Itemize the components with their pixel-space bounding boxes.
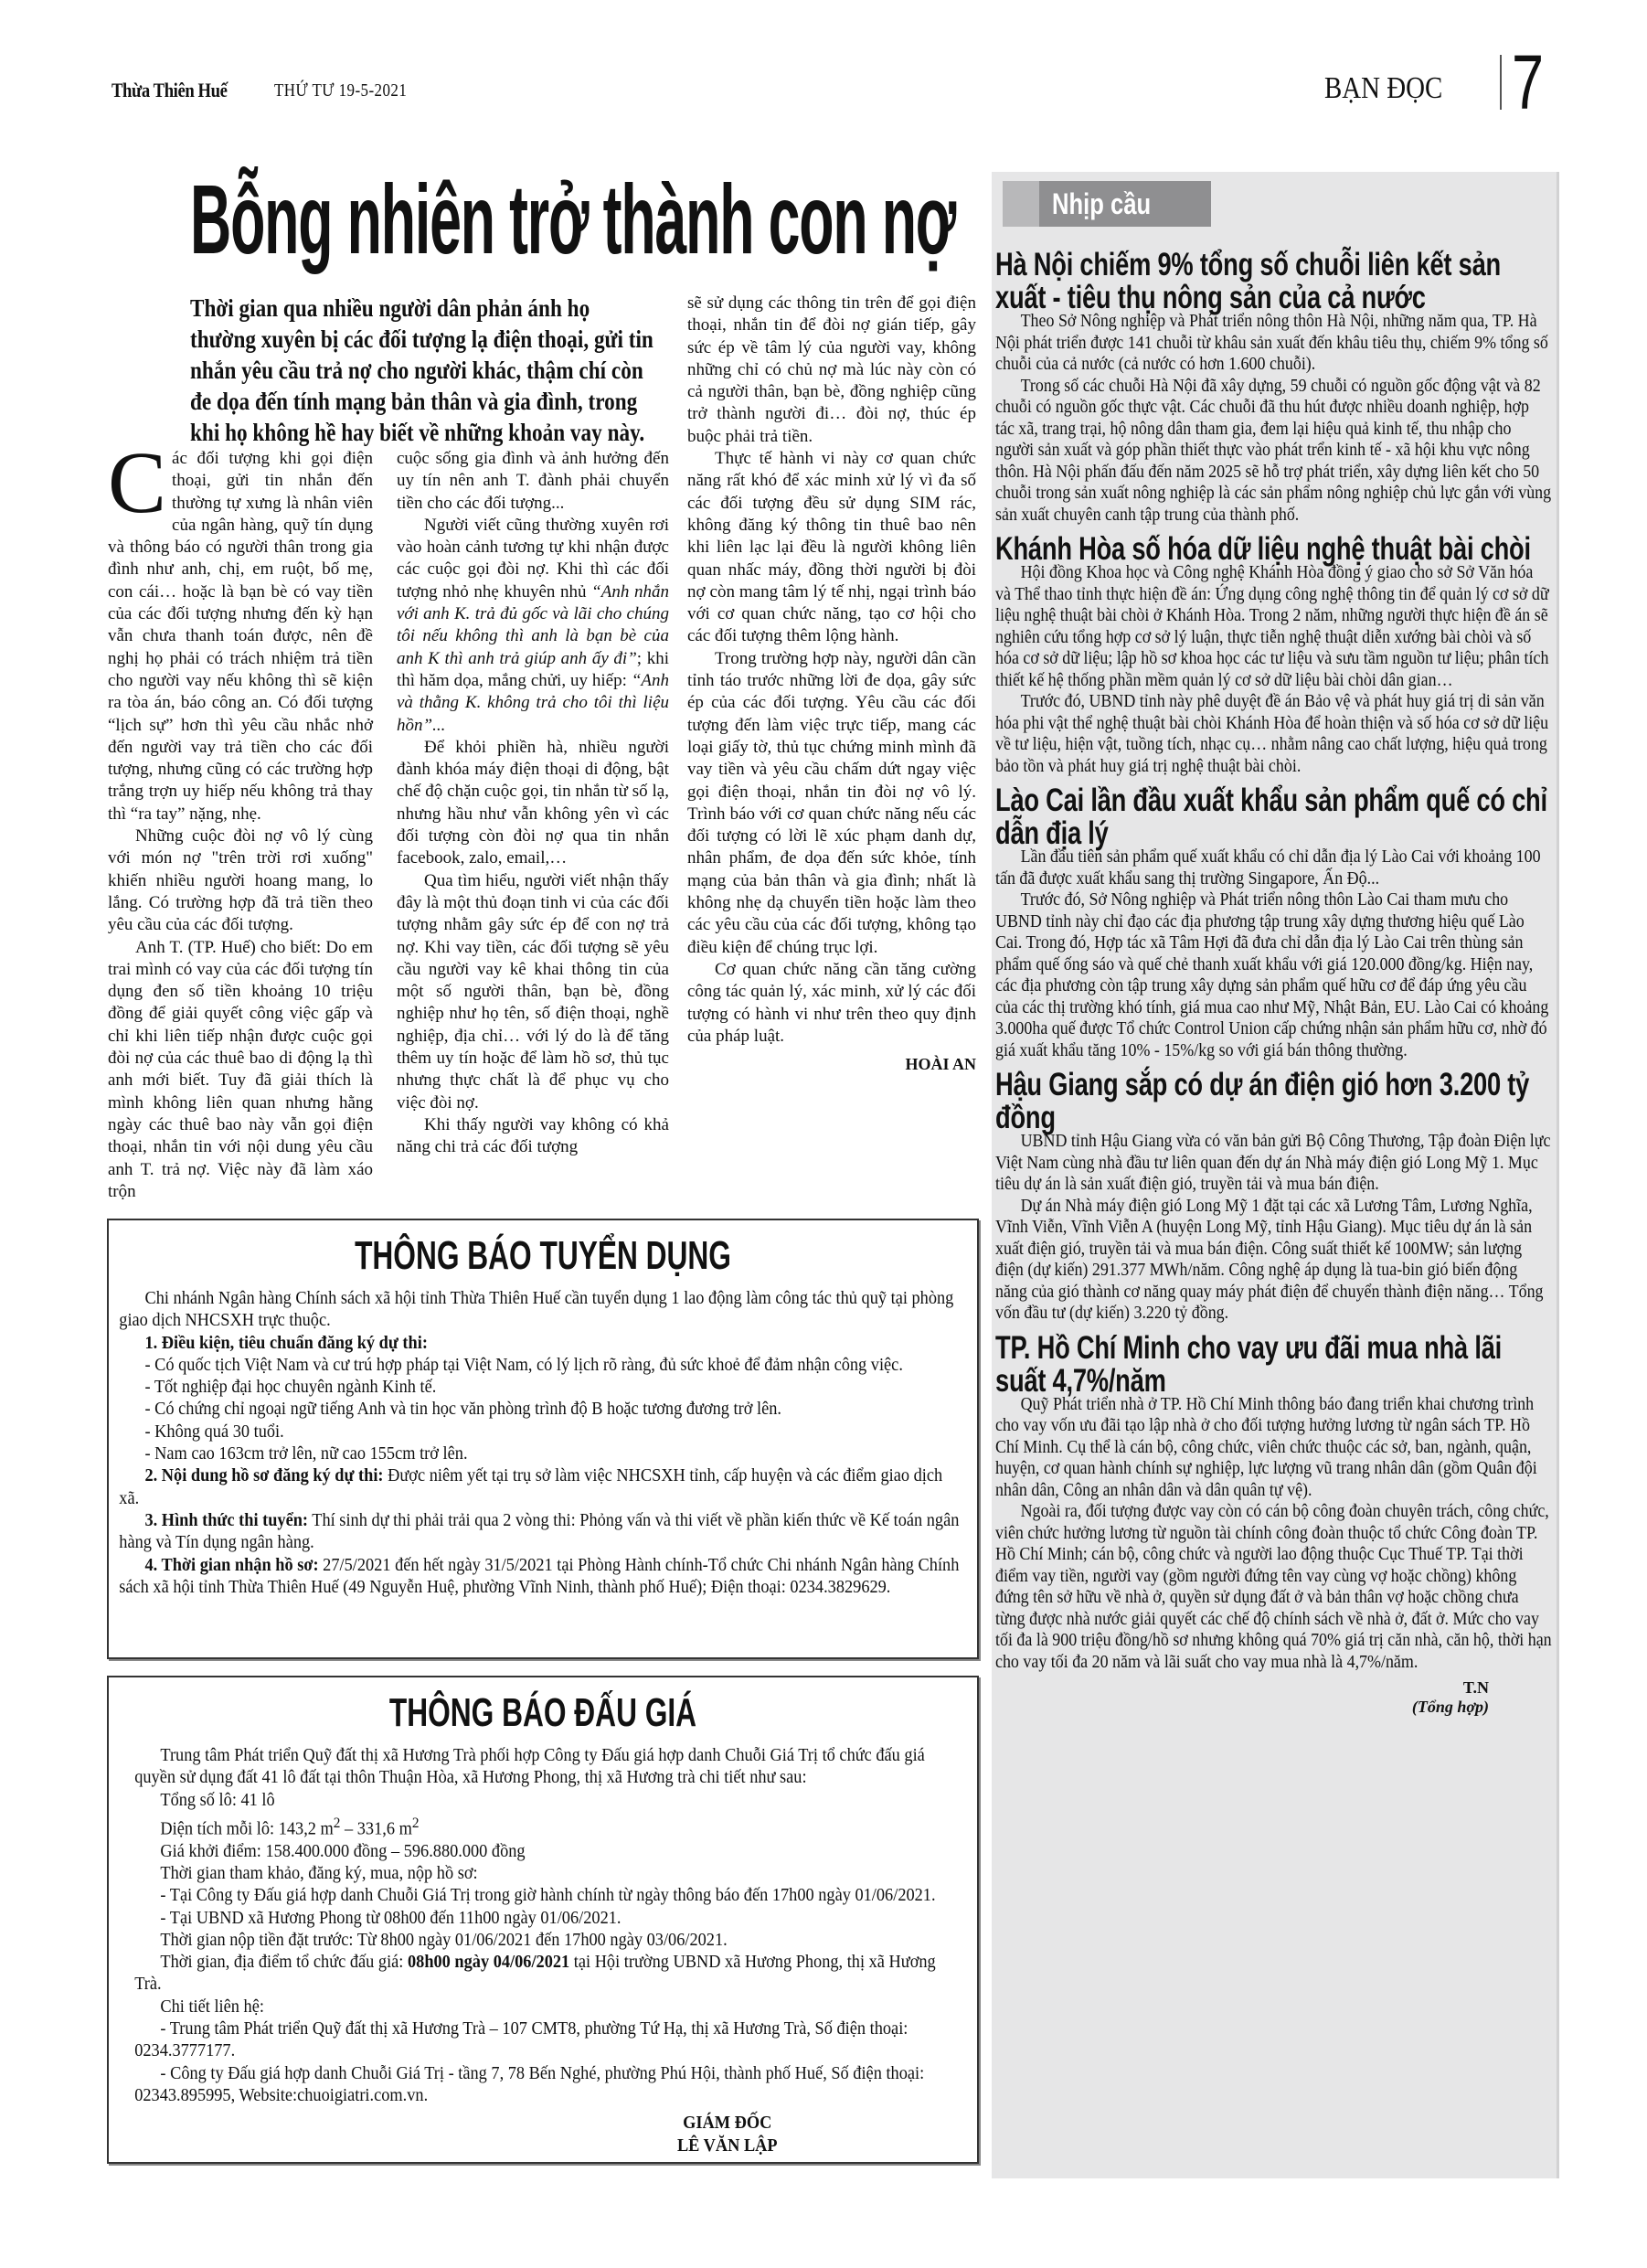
article-column-3: sẽ sử dụng các thông tin trên để gọi điệ… [687,293,976,1075]
notice-line: Thời gian nộp tiền đặt trước: Từ 8h00 ng… [134,1930,959,1952]
issue-date: THỨ TƯ 19-5-2021 [274,80,407,101]
section-name: BẠN ĐỌC [1324,71,1442,106]
article-column-1: Các đối tượng khi gọi điện thoại, gửi ti… [108,448,373,1203]
drop-cap: C [108,448,172,516]
article-paragraph: Lần đầu tiên sản phẩm quế xuất khẩu có c… [995,847,1552,889]
auction-notice: THÔNG BÁO ĐẤU GIÁ Trung tâm Phát triển Q… [107,1676,979,2164]
article-paragraph: Người viết cũng thường xuyên rơi vào hoà… [397,515,669,737]
notice-line: Diện tích mỗi lô: 143,2 m2 – 331,6 m2 [134,1812,959,1841]
sidebar-article-body: Lần đầu tiên sản phẩm quế xuất khẩu có c… [995,847,1552,1061]
sidebar-article: TP. Hồ Chí Minh cho vay ưu đãi mua nhà l… [995,1332,1553,1718]
notice-line: Thời gian, địa điểm tổ chức đấu giá: 08h… [134,1952,959,1996]
sidebar-signature-note: (Tổng hợp) [995,1698,1489,1717]
article-paragraph: Những cuộc đòi nợ vô lý cùng với món nợ … [108,825,373,936]
recruitment-notice: THÔNG BÁO TUYỂN DỤNG Chi nhánh Ngân hàng… [107,1219,979,1659]
notice-list-item: - Không quá 30 tuổi. [119,1421,961,1443]
sidebar-article-body: Quỹ Phát triển nhà ở TP. Hồ Chí Minh thô… [995,1394,1552,1674]
article-paragraph: Các đối tượng khi gọi điện thoại, gửi ti… [108,448,373,825]
notice-line: - Trung tâm Phát triển Quỹ đất thị xã Hư… [134,2018,959,2063]
notice-intro: Chi nhánh Ngân hàng Chính sách xã hội tỉ… [119,1288,961,1333]
article-paragraph: Ngoài ra, đối tượng được vay còn có cán … [995,1501,1552,1673]
article-paragraph: Trước đó, Sở Nông nghiệp và Phát triển n… [995,889,1552,1061]
sidebar-signature: T.N [995,1678,1489,1698]
article-paragraph: Anh T. (TP. Huế) cho biết: Do em trai mì… [108,937,373,1204]
notice-list-item: - Có quốc tịch Việt Nam và cư trú hợp ph… [119,1355,961,1377]
article-sapo: Thời gian qua nhiều người dân phản ánh h… [190,293,653,448]
signer-name: LÊ VĂN LẬP [616,2135,839,2157]
auction-notice-title: THÔNG BÁO ĐẤU GIÁ [230,1690,855,1736]
sidebar-article: Hà Nội chiếm 9% tổng số chuỗi liên kết s… [995,249,1553,526]
article-paragraph: Khi thấy người vay không có khả năng chi… [397,1114,669,1159]
sidebar-article: Khánh Hòa số hóa dữ liệu nghệ thuật bài … [995,533,1553,777]
area-text: – 331,6 m [340,1819,411,1838]
article-paragraph: Hội đồng Khoa học và Công nghệ Khánh Hòa… [995,562,1552,691]
article-paragraph: Qua tìm hiểu, người viết nhận thấy đây l… [397,870,669,1114]
auction-datetime: 08h00 ngày 04/06/2021 [408,1953,569,1972]
article-paragraph: Thực tế hành vi này cơ quan chức năng rấ… [687,448,976,648]
notice-line: - Tại Công ty Đấu giá hợp danh Chuỗi Giá… [134,1885,959,1907]
article-paragraph: Để khỏi phiền hà, nhiều người đành khóa … [397,737,669,870]
notice-section: 3. Hình thức thi tuyển: Thí sinh dự thi … [119,1510,961,1555]
notice-list-item: - Nam cao 163cm trở lên, nữ cao 155cm tr… [119,1443,961,1465]
header-divider [1500,55,1502,110]
section-label: 4. Thời gian nhận hồ sơ: [144,1556,318,1575]
article-paragraph: UBND tỉnh Hậu Giang vừa có văn bản gửi B… [995,1131,1552,1196]
publication-name: Thừa Thiên Huế [112,79,228,102]
sidebar-article-title: Khánh Hòa số hóa dữ liệu nghệ thuật bài … [995,533,1551,566]
signer-title: GIÁM ĐỐC [616,2113,839,2135]
article-paragraph: Trước đó, UBND tỉnh này phê duyệt đề án … [995,691,1552,777]
sidebar-content: Hà Nội chiếm 9% tổng số chuỗi liên kết s… [995,249,1553,1737]
notice-section: 4. Thời gian nhận hồ sơ: 27/5/2021 đến h… [119,1555,961,1600]
notice-section: 2. Nội dung hồ sơ đăng ký dự thi: Được n… [119,1465,961,1510]
main-headline: Bỗng nhiên trở thành con nợ [190,170,955,269]
superscript: 2 [412,1815,420,1831]
sidebar-article-title: Hà Nội chiếm 9% tổng số chuỗi liên kết s… [995,249,1551,314]
section-label: 1. Điều kiện, tiêu chuẩn đăng ký dự thi: [144,1334,427,1353]
article-paragraph: Cơ quan chức năng cần tăng cường công tá… [687,959,976,1048]
notice-list-item: - Có chứng chỉ ngoại ngữ tiếng Anh và ti… [119,1399,961,1421]
auction-notice-body: Trung tâm Phát triển Quỹ đất thị xã Hươn… [109,1745,978,2157]
section-label: 2. Nội dung hồ sơ đăng ký dự thi: [144,1466,383,1485]
notice-line: Thời gian tham khảo, đăng ký, mua, nộp h… [134,1863,959,1885]
notice-line: - Công ty Đấu giá hợp danh Chuỗi Giá Trị… [134,2063,959,2108]
notice-list-item: - Tốt nghiệp đại học chuyên ngành Kinh t… [119,1377,961,1399]
recruitment-notice-title: THÔNG BÁO TUYỂN DỤNG [230,1233,855,1279]
article-paragraph: Dự án Nhà máy điện gió Long Mỹ 1 đặt tại… [995,1196,1552,1325]
sidebar-article-body: UBND tỉnh Hậu Giang vừa có văn bản gửi B… [995,1131,1552,1325]
article-paragraph: Trong số các chuỗi Hà Nội đã xây dựng, 5… [995,376,1552,527]
auction-text: Thời gian, địa điểm tổ chức đấu giá: [160,1953,408,1972]
sidebar-article-title: Hậu Giang sắp có dự án điện gió hơn 3.20… [995,1069,1551,1134]
article-paragraph: Quỹ Phát triển nhà ở TP. Hồ Chí Minh thô… [995,1394,1552,1502]
notice-intro: Trung tâm Phát triển Quỹ đất thị xã Hươn… [134,1745,959,1790]
sidebar-article-title: TP. Hồ Chí Minh cho vay ưu đãi mua nhà l… [995,1332,1551,1398]
area-text: Diện tích mỗi lô: 143,2 m [160,1819,333,1838]
notice-line: - Tại UBND xã Hương Phong từ 08h00 đến 1… [134,1908,959,1930]
sidebar-tag-label: Nhịp cầu [1052,181,1151,227]
sidebar-article-body: Hội đồng Khoa học và Công nghệ Khánh Hòa… [995,562,1552,777]
article-paragraph: Trong trường hợp này, người dân cần tỉnh… [687,648,976,959]
superscript: 2 [334,1815,341,1831]
page-number: 7 [1512,44,1544,121]
notice-line: Tổng số lô: 41 lô [134,1790,959,1812]
article-paragraph: Theo Sở Nông nghiệp và Phát triển nông t… [995,311,1552,376]
sidebar-article-title: Lào Cai lần đầu xuất khẩu sản phẩm quế c… [995,784,1551,850]
article-column-2: cuộc sống gia đình và ảnh hưởng đến uy t… [397,448,669,1159]
sidebar-article: Hậu Giang sắp có dự án điện gió hơn 3.20… [995,1069,1553,1325]
notice-line: Giá khởi điểm: 158.400.000 đồng – 596.88… [134,1841,959,1863]
notice-line: Chi tiết liên hệ: [134,1996,959,2018]
section-label: 3. Hình thức thi tuyển: [144,1511,308,1530]
notice-section-heading: 1. Điều kiện, tiêu chuẩn đăng ký dự thi: [119,1333,961,1355]
recruitment-notice-body: Chi nhánh Ngân hàng Chính sách xã hội tỉ… [109,1288,980,1599]
article-paragraph: cuộc sống gia đình và ảnh hưởng đến uy t… [397,448,669,515]
article-byline: HOÀI AN [687,1053,976,1075]
sidebar-article: Lào Cai lần đầu xuất khẩu sản phẩm quế c… [995,784,1553,1061]
sidebar-article-body: Theo Sở Nông nghiệp và Phát triển nông t… [995,311,1552,526]
article-paragraph: sẽ sử dụng các thông tin trên để gọi điệ… [687,293,976,448]
sidebar-tag: Nhịp cầu [1039,181,1211,227]
